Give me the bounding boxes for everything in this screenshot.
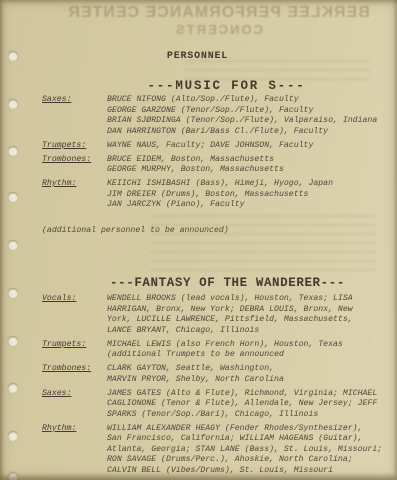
personnel-line: CAGLIONONE (Tenor & Flute), Allendale, N… <box>107 399 393 410</box>
personnel-document: PERSONNEL ---MUSIC FOR S--- Saxes: BRUCE… <box>0 0 397 480</box>
personnel-line: LANCE BRYANT, Chicago, Illinois <box>107 326 393 337</box>
personnel-line: CLARK GAYTON, Seattle, Washington, <box>107 364 393 375</box>
page-title: PERSONNEL <box>22 51 373 63</box>
personnel-row: Trumpets: MICHAEL LEWIS (also French Hor… <box>42 340 393 361</box>
personnel-row: Saxes: JAMES GATES (Alto & Flute), Richm… <box>42 389 393 421</box>
personnel-line: JAN JARCZYK (Piano), Faculty <box>107 200 393 211</box>
personnel-line: KEIICHI ISHIBASHI (Bass), Himeji, Hyogo,… <box>107 179 393 190</box>
personnel-line: HARRIGAN, Bronx, New York; DEBRA LOUIS, … <box>107 305 393 316</box>
personnel-line: JIM DREIER (Drums), Boston, Massachusett… <box>107 190 393 201</box>
row-label: Saxes: <box>42 95 107 137</box>
personnel-line: BRUCE EIDEM, Boston, Massachusetts <box>107 155 393 166</box>
personnel-row: Trombones: BRUCE EIDEM, Boston, Massachu… <box>42 155 393 176</box>
row-lines: WILLIAM ALEXANDER HEAGY (Fender Rhodes/S… <box>107 424 393 477</box>
personnel-line: WENDELL BROOKS (lead vocals), Houston, T… <box>107 294 393 305</box>
additional-personnel-note: (additional personnel to be announced) <box>42 226 393 237</box>
row-lines: BRUCE NIFONG (Alto/Sop./Flute), Faculty … <box>107 95 393 137</box>
personnel-line: DAN HARRINGTON (Bari/Bass Cl./Flute), Fa… <box>107 127 393 138</box>
row-label: Trombones: <box>42 364 107 385</box>
row-label: Trumpets: <box>42 340 107 361</box>
row-label: Trombones: <box>42 155 107 176</box>
row-lines: KEIICHI ISHIBASHI (Bass), Himeji, Hyogo,… <box>107 179 393 211</box>
personnel-line: BRIAN SJØRDINGA (Tenor/Sop./Flute), Valp… <box>107 116 393 127</box>
section-heading-music-for-s: ---MUSIC FOR S--- <box>51 79 397 93</box>
personnel-line: WILLIAM ALEXANDER HEAGY (Fender Rhodes/S… <box>107 424 393 435</box>
row-label: Rhythm: <box>42 424 107 477</box>
row-label: Vocals: <box>42 294 107 336</box>
row-lines: MICHAEL LEWIS (also French Horn), Housto… <box>107 340 393 361</box>
row-label: Trumpets: <box>42 141 107 152</box>
row-label: Saxes: <box>42 389 107 421</box>
personnel-line: CALVIN BELL (Vibes/Drums), St. Louis, Mi… <box>107 466 393 477</box>
personnel-line: (additional Trumpets to be announced <box>107 350 393 361</box>
personnel-line: WAYNE NAUS, Faculty; DAVE JOHNSON, Facul… <box>107 141 393 152</box>
row-lines: WENDELL BROOKS (lead vocals), Houston, T… <box>107 294 393 336</box>
row-lines: JAMES GATES (Alto & Flute), Richmond, Vi… <box>107 389 393 421</box>
personnel-line: San Francisco, California; WILLIAM HAGEA… <box>107 434 393 445</box>
row-label: Rhythm: <box>42 179 107 211</box>
personnel-line: MICHAEL LEWIS (also French Horn), Housto… <box>107 340 393 351</box>
row-lines: WAYNE NAUS, Faculty; DAVE JOHNSON, Facul… <box>107 141 393 152</box>
personnel-row: Vocals: WENDELL BROOKS (lead vocals), Ho… <box>42 294 393 336</box>
personnel-line: BRUCE NIFONG (Alto/Sop./Flute), Faculty <box>107 95 393 106</box>
row-lines: CLARK GAYTON, Seattle, Washington, MARVI… <box>107 364 393 385</box>
personnel-line: JAMES GATES (Alto & Flute), Richmond, Vi… <box>107 389 393 400</box>
scanned-page: BERKLEE PERFORMANCE CENTER CONCERTS PERS… <box>0 0 397 480</box>
personnel-line: GEORGE GARZONE (Tenor/Sop./Flute), Facul… <box>107 106 393 117</box>
personnel-row: Trombones: CLARK GAYTON, Seattle, Washin… <box>42 364 393 385</box>
personnel-row: Trumpets: WAYNE NAUS, Faculty; DAVE JOHN… <box>42 141 393 152</box>
personnel-line: Atlanta, Georgia; STAN LANE (Bass), St. … <box>107 445 393 456</box>
personnel-row: Rhythm: KEIICHI ISHIBASHI (Bass), Himeji… <box>42 179 393 211</box>
personnel-line: GEORGE MURPHY, Boston, Massachusetts <box>107 165 393 176</box>
section-heading-fantasy-of-the-wanderer: ---FANTASY OF THE WANDERER--- <box>52 276 397 290</box>
personnel-line: SPARKS (Tenor/Sop./Bari), Chicago, Illin… <box>107 410 393 421</box>
personnel-line: MARVIN PRYOR, Shelby, North Carolina <box>107 375 393 386</box>
personnel-line: RON SAVAGE (Drums/Perc.), Ahoskie, North… <box>107 455 393 466</box>
row-lines: BRUCE EIDEM, Boston, Massachusetts GEORG… <box>107 155 393 176</box>
personnel-row: Rhythm: WILLIAM ALEXANDER HEAGY (Fender … <box>42 424 393 477</box>
personnel-line: York, LUCILLE LAWRENCE, Pittsfield, Mass… <box>107 315 393 326</box>
personnel-row: Saxes: BRUCE NIFONG (Alto/Sop./Flute), F… <box>42 95 393 137</box>
